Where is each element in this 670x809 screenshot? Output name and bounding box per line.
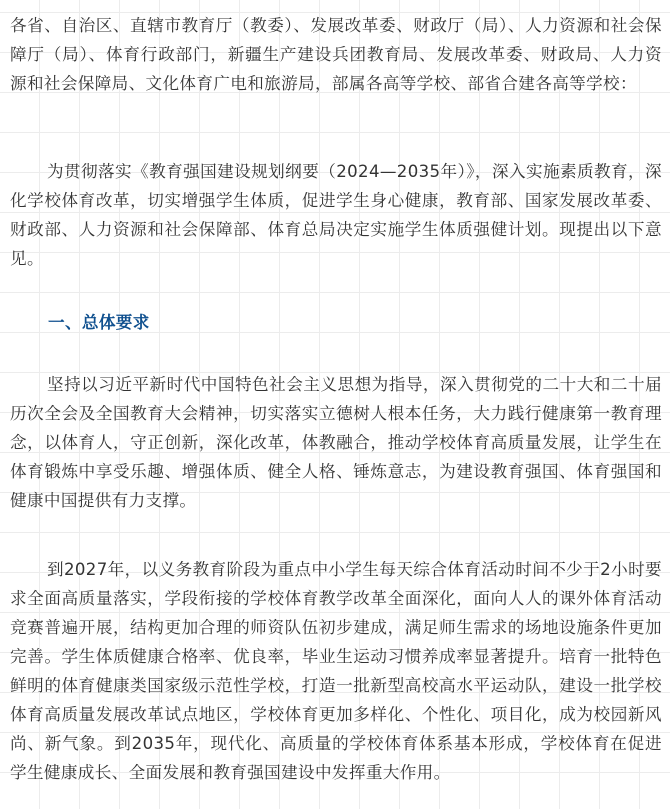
intro-paragraph: 为贯彻落实《教育强国建设规划纲要（2024—2035年）》，深入实施素质教育，深… [10, 157, 662, 273]
section-paragraph-goals: 到2027年，以义务教育阶段为重点中小学生每天综合体育活动时间不少于2小时要求全… [10, 555, 662, 787]
section-paragraph-guiding-principles: 坚持以习近平新时代中国特色社会主义思想为指导，深入贯彻党的二十大和二十届历次全会… [10, 370, 662, 515]
salutation-paragraph: 各省、自治区、直辖市教育厅（教委）、发展改革委、财政厅（局）、人力资源和社会保障… [10, 11, 662, 98]
section-heading-general-requirements: 一、总体要求 [48, 308, 150, 337]
